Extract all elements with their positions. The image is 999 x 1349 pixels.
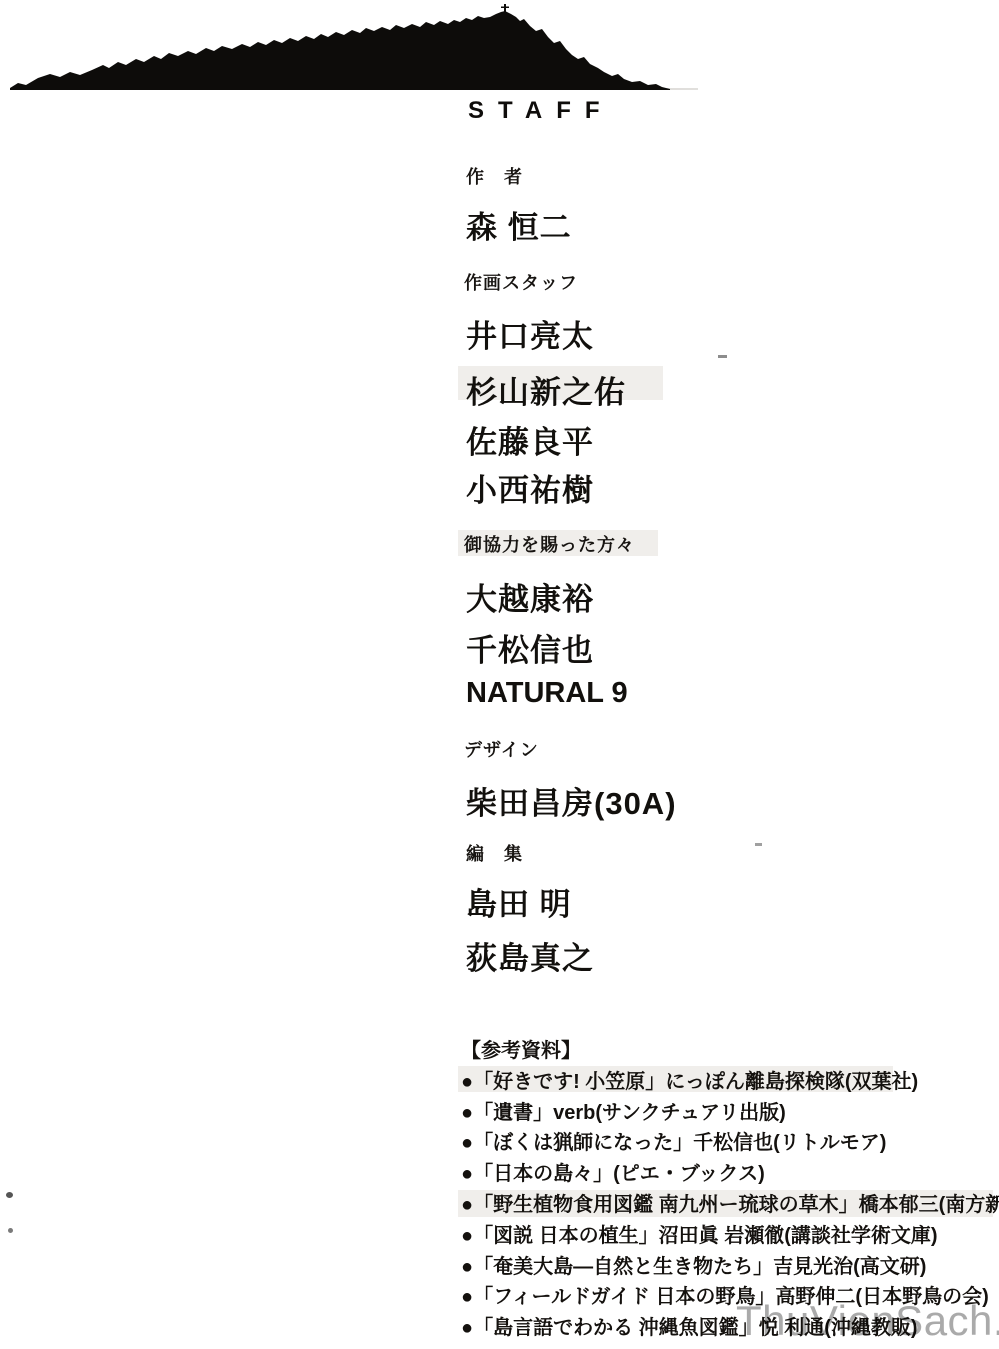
mountain-silhouette-logo xyxy=(8,4,673,92)
author-label: 作 者 xyxy=(466,163,523,189)
scan-speck xyxy=(718,355,727,358)
cooperation-name: 大越康裕 xyxy=(466,574,594,619)
reference-item: ●「好きです! 小笠原」にっぽん離島探検隊(双葉社) xyxy=(461,1067,999,1098)
art-staff-name: 小西祐樹 xyxy=(466,465,594,510)
reference-item: ●「日本の島々」(ピエ・ブックス) xyxy=(461,1159,999,1190)
art-staff-label: 作画スタッフ xyxy=(464,269,578,295)
reference-item: ●「図説 日本の植生」沼田眞 岩瀬徹(講談社学術文庫) xyxy=(461,1221,999,1252)
editing-name: 島田 明 xyxy=(466,879,572,924)
scan-speck xyxy=(755,843,762,846)
editing-label: 編 集 xyxy=(466,840,523,866)
reference-item: ●「遺書」verb(サンクチュアリ出版) xyxy=(461,1098,999,1129)
page-title: STAFF xyxy=(468,97,614,125)
art-staff-name: 杉山新之佑 xyxy=(466,367,626,412)
cooperation-label: 御協力を賜った方々 xyxy=(464,531,635,557)
cooperation-name: NATURAL 9 xyxy=(466,677,628,710)
site-watermark: ThuVienSach.vn xyxy=(736,1297,999,1345)
design-name: 柴田昌房(30A) xyxy=(466,778,677,823)
author-name: 森 恒二 xyxy=(466,202,572,247)
reference-item: ●「奄美大島―自然と生き物たち」吉見光治(高文研) xyxy=(461,1252,999,1283)
art-staff-name: 佐藤良平 xyxy=(466,417,594,462)
scan-speck xyxy=(6,1192,13,1198)
cooperation-name: 千松信也 xyxy=(466,625,594,670)
design-label: デザイン xyxy=(464,736,539,762)
references-header: 【参考資料】 xyxy=(461,1036,999,1067)
art-staff-name: 井口亮太 xyxy=(466,311,594,356)
reference-item: ●「野生植物食用図鑑 南九州ー琉球の草木」橋本郁三(南方新社) xyxy=(461,1190,999,1221)
scan-speck xyxy=(8,1228,13,1233)
mountain-icon xyxy=(8,4,673,92)
scanned-credits-page: STAFF 作 者 森 恒二 作画スタッフ 井口亮太 杉山新之佑 佐藤良平 小西… xyxy=(0,0,999,1349)
editing-name: 荻島真之 xyxy=(466,933,594,978)
reference-item: ●「ぼくは猟師になった」千松信也(リトルモア) xyxy=(461,1128,999,1159)
